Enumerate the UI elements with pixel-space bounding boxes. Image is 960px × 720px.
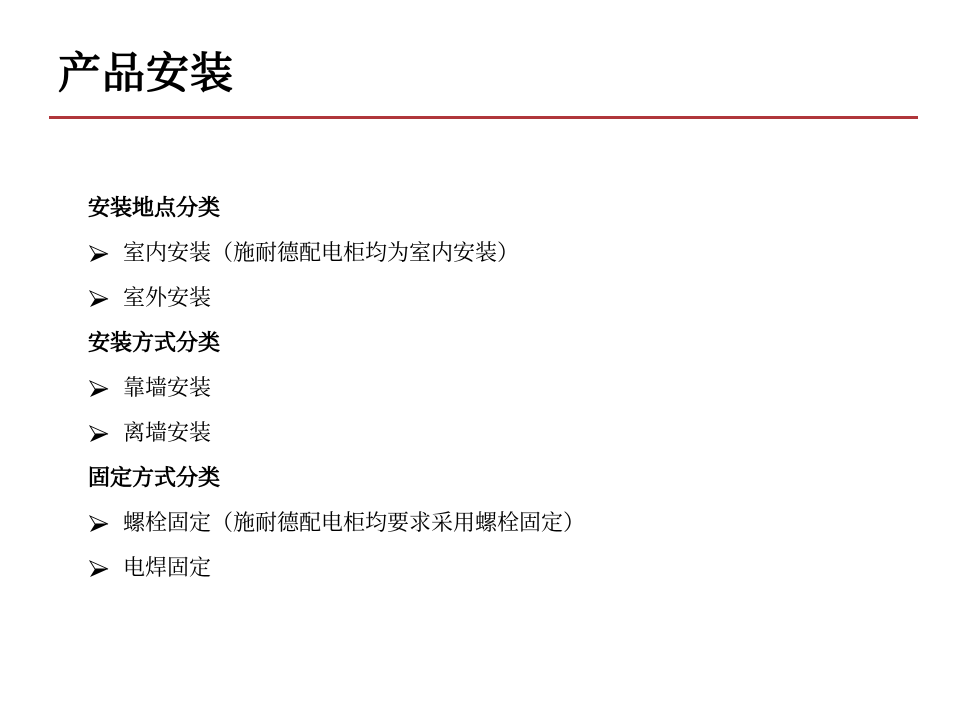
section-fixing-method: 固定方式分类 螺栓固定（施耐德配电柜均要求采用螺栓固定） 电焊固定 [88, 456, 908, 591]
slide-content: 安装地点分类 室内安装（施耐德配电柜均为室内安装） 室外安装 安装方式分类 靠墙… [88, 186, 908, 591]
arrow-bullet-icon [89, 515, 109, 533]
arrow-bullet-icon [89, 290, 109, 308]
list-item-text: 电焊固定 [123, 546, 211, 591]
arrow-bullet-icon [89, 425, 109, 443]
section-heading: 固定方式分类 [88, 456, 908, 501]
list-item: 电焊固定 [88, 546, 908, 591]
slide-title: 产品安装 [58, 44, 234, 104]
section-heading: 安装方式分类 [88, 321, 908, 366]
section-heading: 安装地点分类 [88, 186, 908, 231]
list-item-text: 离墙安装 [123, 411, 211, 456]
title-divider [49, 116, 918, 119]
list-item: 螺栓固定（施耐德配电柜均要求采用螺栓固定） [88, 501, 908, 546]
arrow-bullet-icon [89, 560, 109, 578]
list-item-text: 螺栓固定（施耐德配电柜均要求采用螺栓固定） [123, 501, 585, 546]
list-item-text: 靠墙安装 [123, 366, 211, 411]
list-item-text: 室内安装（施耐德配电柜均为室内安装） [123, 231, 519, 276]
list-item-text: 室外安装 [123, 276, 211, 321]
arrow-bullet-icon [89, 245, 109, 263]
list-item: 离墙安装 [88, 411, 908, 456]
list-item: 室外安装 [88, 276, 908, 321]
list-item: 室内安装（施耐德配电柜均为室内安装） [88, 231, 908, 276]
section-install-location: 安装地点分类 室内安装（施耐德配电柜均为室内安装） 室外安装 [88, 186, 908, 321]
list-item: 靠墙安装 [88, 366, 908, 411]
arrow-bullet-icon [89, 380, 109, 398]
section-install-method: 安装方式分类 靠墙安装 离墙安装 [88, 321, 908, 456]
